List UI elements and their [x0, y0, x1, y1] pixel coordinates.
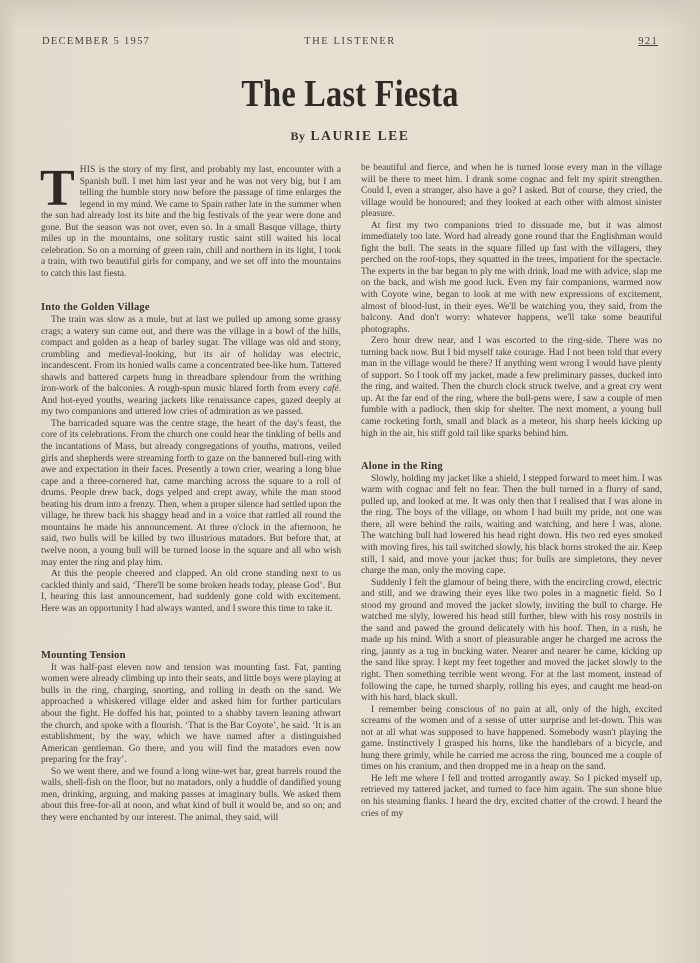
section-heading-mounting-tension: Mounting Tension	[41, 650, 341, 662]
byline: By LAURIE LEE	[0, 128, 700, 144]
lead-caps: HIS	[80, 165, 96, 175]
paragraph: At first my two companions tried to diss…	[361, 221, 662, 336]
right-column: be beautiful and fierce, and when he is …	[361, 163, 662, 820]
publication-name: THE LISTENER	[40, 36, 660, 47]
left-column: THIS is the story of my first, and proba…	[41, 165, 341, 824]
paragraph: The train was slow as a mule, but at las…	[41, 315, 341, 419]
byline-prefix: By	[291, 129, 306, 143]
intro-text: is the story of my first, and probably m…	[41, 165, 341, 279]
paragraph: He left me where I fell and trotted arro…	[361, 774, 662, 820]
paragraph-text: The train was slow as a mule, but at las…	[41, 315, 341, 394]
author-name: LAURIE LEE	[311, 128, 410, 143]
italic-word: café	[323, 384, 339, 394]
article-title: The Last Fiesta	[53, 72, 648, 116]
running-head: DECEMBER 5 1957 THE LISTENER 921	[40, 36, 660, 52]
paragraph: The barricaded square was the centre sta…	[41, 419, 341, 569]
paragraph: be beautiful and fierce, and when he is …	[361, 163, 662, 221]
drop-cap: T	[40, 167, 75, 211]
paragraph: Zero hour drew near, and I was escorted …	[361, 336, 662, 440]
paragraph: At this the people cheered and clapped. …	[41, 569, 341, 615]
paragraph: Slowly, holding my jacket like a shield,…	[361, 474, 662, 578]
magazine-page: DECEMBER 5 1957 THE LISTENER 921 The Las…	[0, 0, 700, 963]
section-heading-alone-in-ring: Alone in the Ring	[361, 461, 662, 473]
paragraph: Suddenly I felt the glamour of being the…	[361, 578, 662, 705]
page-number: 921	[638, 36, 658, 47]
paragraph: It was half-past eleven now and tension …	[41, 663, 341, 767]
paragraph: I remember being conscious of no pain at…	[361, 705, 662, 774]
section-heading-golden-village: Into the Golden Village	[41, 302, 341, 314]
paragraph: So we went there, and we found a long wi…	[41, 767, 341, 825]
intro-paragraph: THIS is the story of my first, and proba…	[41, 165, 341, 280]
